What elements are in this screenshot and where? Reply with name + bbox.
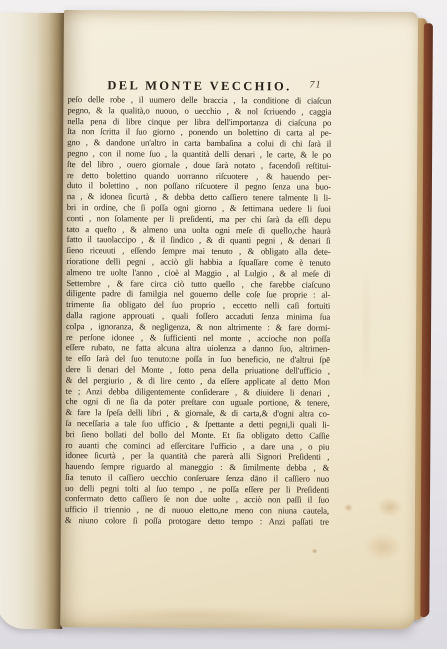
foxing-stain — [377, 497, 403, 517]
running-title: DEL MONTE VECCHIO. — [107, 78, 291, 93]
book-page: DEL MONTE VECCHIO. 71 peſo delle robe , … — [60, 10, 418, 629]
open-book: DEL MONTE VECCHIO. 71 peſo delle robe , … — [0, 0, 447, 649]
foxing-stain — [344, 504, 353, 512]
photo-background: DEL MONTE VECCHIO. 71 peſo delle robe , … — [0, 0, 447, 649]
foxing-stain — [312, 549, 318, 554]
foxing-stain — [364, 533, 402, 561]
facing-page-edge — [0, 13, 66, 629]
foxing-stain — [88, 606, 298, 623]
page-number: 71 — [310, 80, 322, 91]
text-line: & niuno colore ſi poſſa protogare detto … — [65, 515, 329, 527]
foxing-stain — [360, 262, 373, 392]
page-header: DEL MONTE VECCHIO. 71 — [67, 76, 331, 96]
body-text: peſo delle robe , il uumero delle bracci… — [65, 94, 332, 527]
